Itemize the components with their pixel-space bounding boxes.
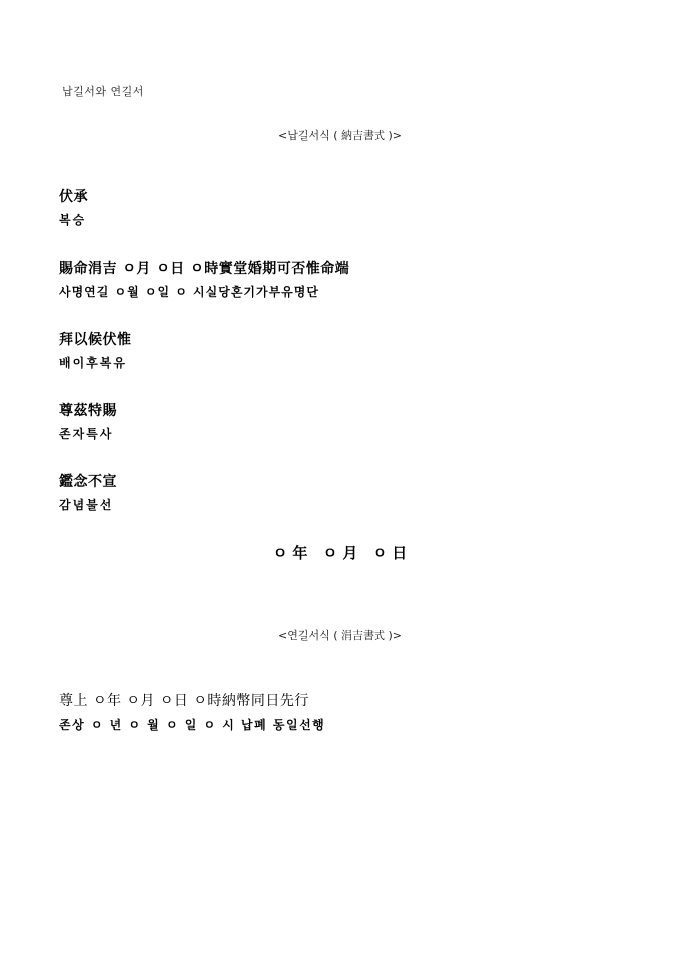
date-line: ㅇ 年 ㅇ 月 ㅇ 日 (0, 542, 680, 563)
paragraph-hangul: 사명연길 ㅇ월 ㅇ일 ㅇ 시실당혼기가부유명단 (59, 283, 319, 300)
paragraph-hangul: 배이후복유 (59, 354, 127, 371)
paragraph-hanja: 拜以候伏惟 (59, 329, 132, 349)
paragraph-hangul: 존상 ㅇ 년 ㅇ 월 ㅇ 일 ㅇ 시 납폐 동일선행 (59, 716, 325, 733)
paragraph-hanja: 賜命涓吉 ㅇ月 ㅇ日 ㅇ時實堂婚期可否惟命端 (59, 258, 349, 278)
section-heading-napgil: <납길서식 ( 納吉書式 )> (0, 127, 680, 143)
date-year: ㅇ 年 (273, 544, 308, 562)
paragraph-hanja: 尊茲特賜 (59, 400, 117, 420)
paragraph-hangul: 감념불선 (59, 496, 113, 513)
paragraph-hanja: 伏承 (59, 186, 88, 206)
paragraph-hangul: 존자특사 (59, 425, 113, 442)
paragraph-hanja: 鑑念不宣 (59, 471, 117, 491)
paragraph-hangul: 복승 (59, 211, 86, 228)
document-title: 납길서와 연길서 (62, 83, 144, 99)
section-heading-yeongil: <연길서식 ( 涓吉書式 )> (0, 627, 680, 643)
date-day: ㅇ 日 (373, 544, 408, 562)
paragraph-hanja: 尊上 ㅇ年 ㅇ月 ㅇ日 ㅇ時納幣同日先行 (59, 690, 309, 710)
date-month: ㅇ 月 (323, 544, 358, 562)
